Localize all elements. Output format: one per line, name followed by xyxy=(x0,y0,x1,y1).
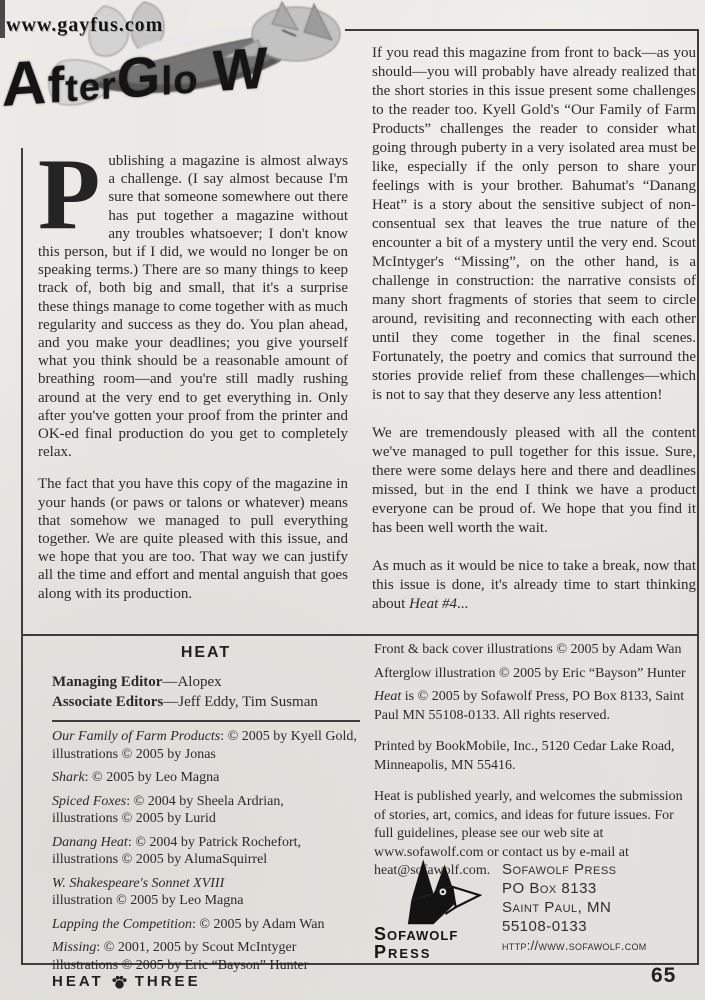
credits-rule xyxy=(52,720,360,722)
page-number: 65 xyxy=(651,964,676,988)
drop-cap: P xyxy=(38,157,100,233)
credits-heading: HEAT xyxy=(52,644,360,662)
credit-entry: Heat is © 2005 by Sofawolf Press, PO Box… xyxy=(374,688,696,725)
footer-issue-label: HEAT THREE xyxy=(52,973,201,990)
credits-right-column: Front & back cover illustrations © 2005 … xyxy=(374,641,696,886)
editors-block: Managing Editor—Alopex Associate Editors… xyxy=(52,673,360,712)
credit-title: Danang Heat xyxy=(52,835,128,850)
credit-entry: Shark: © 2005 by Leo Magna xyxy=(52,769,360,787)
sofawolf-wolf-head-icon xyxy=(402,856,482,926)
credit-entry: W. Shakespeare's Sonnet XVIII illustrati… xyxy=(52,875,360,910)
managing-editor-label: Managing Editor xyxy=(52,674,162,690)
credit-title: W. Shakespeare's Sonnet XVIII xyxy=(52,876,224,891)
address-line: 55108-0133 xyxy=(502,917,647,936)
scan-edge-artifact xyxy=(0,0,5,38)
address-line: Sofawolf Press xyxy=(502,860,647,879)
paragraph: Publishing a magazine is almost always a… xyxy=(38,152,348,461)
paragraph: As much as it would be nice to take a br… xyxy=(372,557,696,614)
magazine-page: www.gayfus.com AfterGloW Publishing a ma… xyxy=(0,0,705,1000)
credit-entry: Missing: © 2001, 2005 by Scout McIntyger… xyxy=(52,939,360,974)
logo-letter: t xyxy=(65,68,79,112)
page-frame-right xyxy=(697,29,699,965)
credit-text: : © 2005 by Adam Wan xyxy=(192,917,325,932)
credit-entry: Front & back cover illustrations © 2005 … xyxy=(374,641,696,660)
credit-text: illustration © 2005 by Leo Magna xyxy=(52,893,243,908)
sofawolf-url: http://www.sofawolf.com xyxy=(502,936,647,955)
credit-title: Shark xyxy=(52,770,85,785)
credit-entry: Lapping the Competition: © 2005 by Adam … xyxy=(52,916,360,934)
credit-text: Afterglow illustration © 2005 by Eric “B… xyxy=(374,666,686,681)
credit-title: Our Family of Farm Products xyxy=(52,729,220,744)
logo-letter: f xyxy=(48,55,66,114)
credit-title: Lapping the Competition xyxy=(52,917,192,932)
address-line: PO Box 8133 xyxy=(502,879,647,898)
sofawolf-press-block: Sofawolf Press Sofawolf Press PO Box 813… xyxy=(374,856,696,962)
credit-title: Heat xyxy=(374,689,401,704)
paragraph-text: ... xyxy=(457,596,468,612)
managing-editor-name: —Alopex xyxy=(162,674,221,690)
page-frame-top xyxy=(345,29,698,31)
associate-editors-names: —Jeff Eddy, Tim Susman xyxy=(163,694,318,710)
credit-text: Printed by BookMobile, Inc., 5120 Cedar … xyxy=(374,739,675,773)
paragraph: We are tremendously pleased with all the… xyxy=(372,424,696,538)
credit-title: Spiced Foxes xyxy=(52,794,126,809)
associate-editors-line: Associate Editors—Jeff Eddy, Tim Susman xyxy=(52,693,360,713)
credits-divider xyxy=(21,634,699,636)
editorial-right-column: If you read this magazine from front to … xyxy=(372,44,696,614)
credit-text: is © 2005 by Sofawolf Press, PO Box 8133… xyxy=(374,689,684,723)
credits-left-column: HEAT Managing Editor—Alopex Associate Ed… xyxy=(52,644,360,974)
credit-title: Missing xyxy=(52,940,96,955)
logo-letter: A xyxy=(2,47,48,121)
credit-entry: Our Family of Farm Products: © 2005 by K… xyxy=(52,728,360,763)
editorial-left-column: Publishing a magazine is almost always a… xyxy=(38,152,348,603)
associate-editors-label: Associate Editors xyxy=(52,694,163,710)
sofawolf-logo-word: Press xyxy=(374,942,431,963)
footer-heat-word: HEAT xyxy=(52,973,104,990)
watermark: www.gayfus.com xyxy=(6,14,163,37)
credit-entry: Spiced Foxes: © 2004 by Sheela Ardrian, … xyxy=(52,793,360,828)
logo-letter: r xyxy=(101,65,117,109)
credit-entry: Afterglow illustration © 2005 by Eric “B… xyxy=(374,665,696,684)
footer-three-word: THREE xyxy=(135,973,201,990)
paragraph: If you read this magazine from front to … xyxy=(372,44,696,405)
paragraph: The fact that you have this copy of the … xyxy=(38,475,348,602)
address-line: Saint Paul, MN xyxy=(502,898,647,917)
logo-letter: G xyxy=(117,43,161,111)
logo-letter: l xyxy=(161,59,173,105)
credit-text: : © 2005 by Leo Magna xyxy=(85,770,220,785)
managing-editor-line: Managing Editor—Alopex xyxy=(52,673,360,693)
logo-letter: e xyxy=(79,66,101,111)
credit-text: Front & back cover illustrations © 2005 … xyxy=(374,642,682,657)
issue-title-italic: Heat #4 xyxy=(409,596,457,612)
page-frame-left xyxy=(21,148,23,965)
printer-info: Printed by BookMobile, Inc., 5120 Cedar … xyxy=(374,738,696,775)
credit-entry: Danang Heat: © 2004 by Patrick Rochefort… xyxy=(52,834,360,869)
logo-letter: o xyxy=(173,57,198,104)
sofawolf-address: Sofawolf Press PO Box 8133 Saint Paul, M… xyxy=(502,860,647,955)
paw-print-icon xyxy=(111,974,128,990)
logo-letter: W xyxy=(213,34,269,105)
